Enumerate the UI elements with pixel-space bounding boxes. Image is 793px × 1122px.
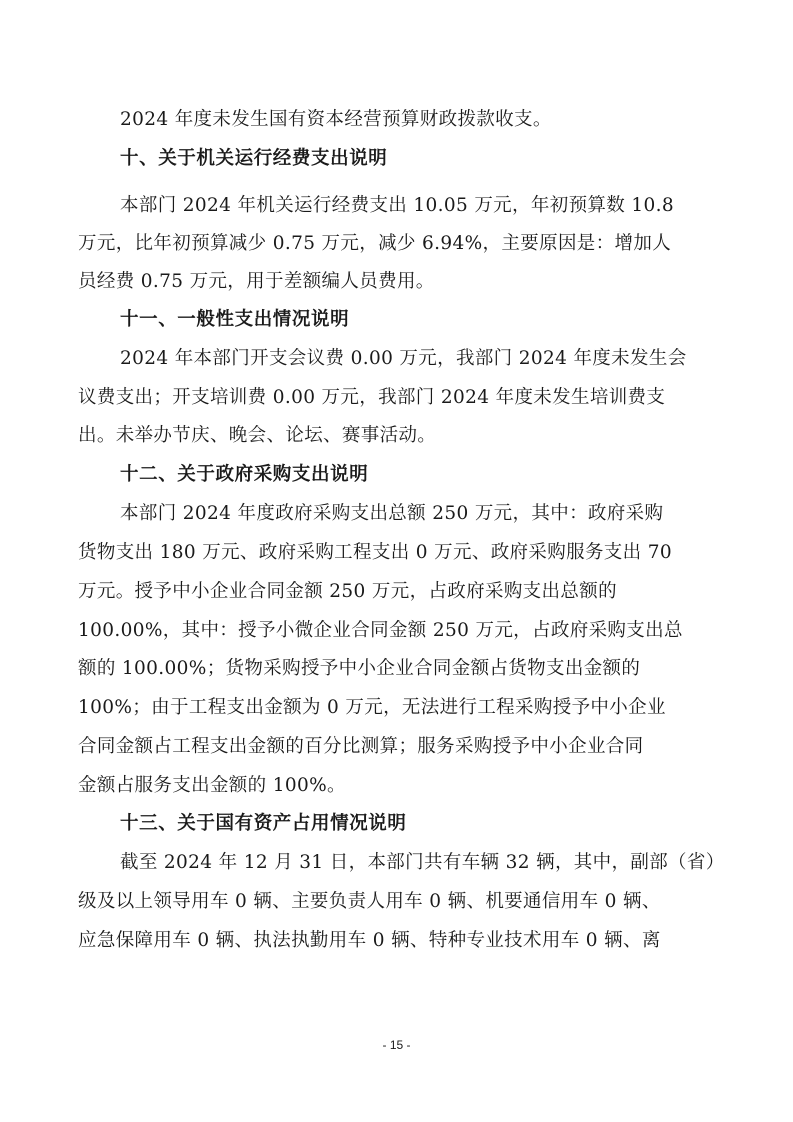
paragraph-line: 额的 100.00%；货物采购授予中小企业合同金额占货物支出金额的 [78, 654, 718, 684]
paragraph-line: 万元。授予中小企业合同金额 250 万元，占政府采购支出总额的 [78, 577, 718, 607]
section-heading-12: 十二、关于政府采购支出说明 [120, 460, 760, 490]
paragraph-line: 100%；由于工程支出金额为 0 万元，无法进行工程采购授予中小企业 [78, 693, 718, 723]
paragraph-line: 本部门 2024 年机关运行经费支出 10.05 万元，年初预算数 10.8 [120, 191, 718, 221]
paragraph-line: 本部门 2024 年度政府采购支出总额 250 万元，其中：政府采购 [120, 499, 718, 529]
section-heading-13: 十三、关于国有资产占用情况说明 [120, 809, 760, 839]
section-heading-10: 十、关于机关运行经费支出说明 [120, 144, 760, 174]
section-heading-11: 十一、一般性支出情况说明 [120, 305, 760, 335]
paragraph-line: 2024 年本部门开支会议费 0.00 万元，我部门 2024 年度未发生会 [120, 344, 718, 374]
paragraph-line: 议费支出；开支培训费 0.00 万元，我部门 2024 年度未发生培训费支 [78, 383, 718, 413]
paragraph-line: 截至 2024 年 12 月 31 日，本部门共有车辆 32 辆，其中，副部（省… [120, 848, 718, 878]
paragraph-line: 货物支出 180 万元、政府采购工程支出 0 万元、政府采购服务支出 70 [78, 538, 718, 568]
paragraph-line: 出。未举办节庆、晚会、论坛、赛事活动。 [78, 421, 718, 451]
document-page: 2024 年度未发生国有资本经营预算财政拨款收支。 十、关于机关运行经费支出说明… [0, 0, 793, 1122]
paragraph-line: 应急保障用车 0 辆、执法执勤用车 0 辆、特种专业技术用车 0 辆、离 [78, 926, 718, 956]
paragraph-line: 员经费 0.75 万元，用于差额编人员费用。 [78, 267, 718, 297]
paragraph-line: 100.00%，其中：授予小微企业合同金额 250 万元，占政府采购支出总 [78, 616, 718, 646]
page-number: - 15 - [0, 1038, 793, 1052]
paragraph-line: 万元，比年初预算减少 0.75 万元，减少 6.94%，主要原因是：增加人 [78, 229, 718, 259]
paragraph-line: 金额占服务支出金额的 100%。 [78, 771, 718, 801]
paragraph-line: 合同金额占工程支出金额的百分比测算；服务采购授予中小企业合同 [78, 732, 718, 762]
paragraph-line: 2024 年度未发生国有资本经营预算财政拨款收支。 [120, 105, 718, 135]
paragraph-line: 级及以上领导用车 0 辆、主要负责人用车 0 辆、机要通信用车 0 辆、 [78, 887, 718, 917]
